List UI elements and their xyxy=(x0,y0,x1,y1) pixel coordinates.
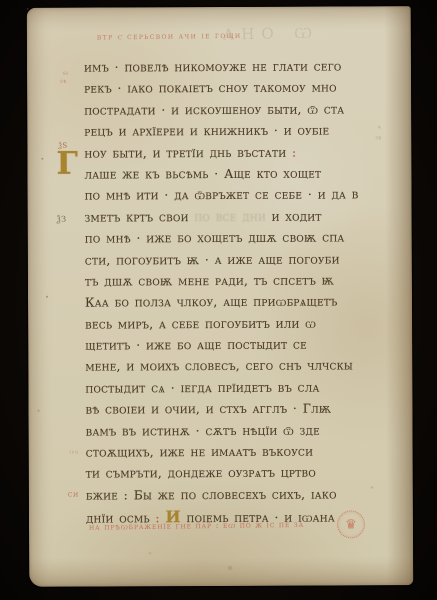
text-line: вамъ въ истинѫ · сѫтъ нѣцїи ѿ зде xyxy=(86,420,386,443)
text-segment: весь миръ, а себе погоубитъ или ѡ xyxy=(85,316,316,331)
margin-section-66: ѯѕ xyxy=(58,140,67,151)
text-line: тъ дшѫ своѭ мене ради, тъ спсетъ ѭ xyxy=(85,270,385,293)
text-segment: по мнѣ ити · да ѿвръжет се себе · и да в xyxy=(85,188,359,203)
text-line: сти, погоубитъ ѭ · а иже аще погоуби xyxy=(85,249,385,272)
library-stamp: ♛ xyxy=(337,510,365,538)
text-line: ти съмръти, дондеже оузрѧтъ цртво xyxy=(86,463,386,486)
text-line: пострадати · и искоушеноу быти, ѿ ста xyxy=(84,99,384,122)
margin-note-faint: зрн xyxy=(69,450,79,456)
text-segment: постыдит сѧ · іегда прїидетъ въ сла xyxy=(85,380,319,395)
text-segment: и ходит xyxy=(266,209,322,223)
text-line: по мнѣ ити · да ѿвръжет се себе · и да в xyxy=(85,185,385,208)
text-segment: ти съмръти, дондеже оузрѧтъ цртво xyxy=(86,466,316,481)
text-line: по мнѣ · иже бо хощетъ дшѫ своѭ спа xyxy=(85,227,385,250)
text-line: Каа бо полза члкоу, аще приѡбрѧщетъ xyxy=(85,292,385,315)
text-segment: мене, и моихъ словесъ, сего снъ члчскы xyxy=(85,359,353,374)
margin-numeral-top-1: ѕі xyxy=(63,70,68,77)
text-line: вѣ своіеи и очии, и стхъ агглъ · Глѭ xyxy=(85,399,385,422)
text-block: имъ · повелѣ никомоуже не глати сегорекъ… xyxy=(84,56,386,528)
bottom-rubric: на прѣѡбраженїе гне пар : еѡ по ж іс пе … xyxy=(89,519,341,532)
text-segment: сти, погоубитъ ѭ · а иже аще погоуби xyxy=(85,252,340,267)
text-line: зметъ кртъ свои по все дни и ходит xyxy=(85,206,385,229)
text-line: мене, и моихъ словесъ, сего снъ члчскы xyxy=(85,356,385,379)
margin-numeral-208: си xyxy=(68,490,79,500)
text-segment: вамъ въ истинѫ · сѫтъ нѣцїи ѿ зде xyxy=(86,423,320,438)
text-segment-faded: по все дни xyxy=(194,210,266,224)
text-line: весь миръ, а себе погоубитъ или ѡ xyxy=(85,313,385,336)
text-segment-red: : xyxy=(286,145,296,159)
text-segment: Каа бо полза члкоу, аще приѡбрѧщетъ xyxy=(85,295,338,310)
text-segment: рекъ · іако покаіетъ сноу такомоу мно xyxy=(84,81,337,96)
text-line: ноу быти, и третїи днь въстати : xyxy=(84,142,384,165)
text-line: бжие : Бы же по словесехъ сихъ, іако xyxy=(86,484,386,507)
manuscript-page: ано ѡ втр є҃ серьсвои ачи іе гощи Г имъ … xyxy=(27,6,414,587)
text-segment: рецъ и архїереи и книжникъ · и оубіе xyxy=(84,124,329,139)
text-segment: бжие : Бы же по словесехъ сихъ, іако xyxy=(86,487,337,502)
text-segment: по мнѣ · иже бо хощетъ дшѫ своѭ спа xyxy=(85,231,345,246)
parchment-specks xyxy=(27,8,29,10)
text-line: стоѫщихъ, иже не имаатъ въкоуси xyxy=(86,441,386,464)
gold-initial-letter: Г xyxy=(56,149,78,180)
text-line: постыдит сѧ · іегда прїидетъ въ сла xyxy=(85,377,385,400)
text-segment: вѣ своіеи и очии, и стхъ агглъ · Глѭ xyxy=(85,402,331,417)
text-segment: пострадати · и искоушеноу быти, ѿ ста xyxy=(84,102,344,117)
margin-section-67: ѯз xyxy=(57,212,67,225)
text-segment: стоѫщихъ, иже не имаатъ въкоуси xyxy=(86,445,314,460)
text-line: лаше же къ вьсѣмь · Аще кто хощет xyxy=(84,163,384,186)
text-line: рецъ и архїереи и книжникъ · и оубіе xyxy=(84,120,384,143)
text-segment: тъ дшѫ своѭ мене ради, тъ спсетъ ѭ xyxy=(85,273,334,288)
text-line: рекъ · іако покаіетъ сноу такомоу мно xyxy=(84,78,384,101)
text-segment: имъ · повелѣ никомоуже не глати сего xyxy=(84,59,342,74)
margin-numeral-top-2: ѕѣ xyxy=(60,78,67,85)
text-segment: ноу быти, и третїи днь въстати xyxy=(84,145,286,160)
crown-icon: ♛ xyxy=(345,518,357,531)
text-segment: зметъ кртъ свои xyxy=(85,210,195,224)
margin-right-note: зѣ xyxy=(375,134,382,141)
text-line: имъ · повелѣ никомоуже не глати сего xyxy=(84,56,384,79)
text-segment: лаше же къ вьсѣмь · Аще кто хощет xyxy=(84,167,321,182)
text-line: щетитъ · иже бо аще постыдит се xyxy=(85,334,385,357)
text-segment: щетитъ · иже бо аще постыдит се xyxy=(85,338,307,353)
